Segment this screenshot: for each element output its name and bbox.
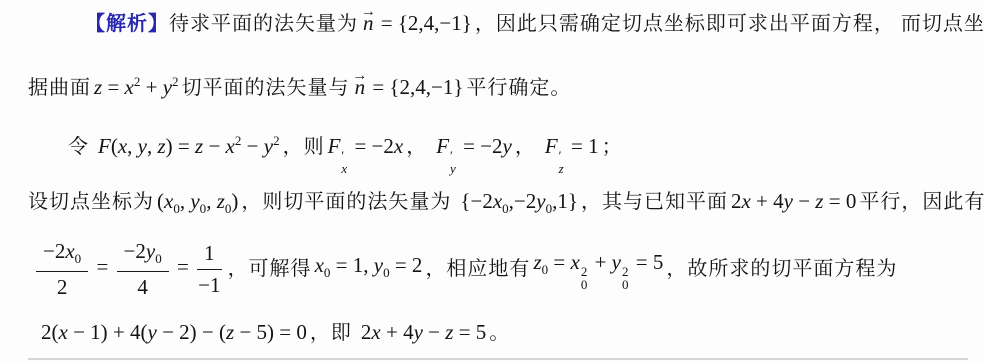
chinese-text: ，可解得 [228, 254, 312, 284]
chinese-text: ，则切平面的法矢量为 [241, 191, 457, 213]
math-fraction: −2y04 [117, 239, 169, 298]
solution-document: 【解析】待求平面的法矢量为→n = {2,4,−1}，因此只需确定切点坐标即可求… [0, 0, 984, 362]
math-expression: 2x + 4y − z = 0 [731, 189, 856, 213]
vector-arrow-icon: → [352, 61, 367, 91]
math-expression: F′x = −2x [328, 134, 404, 158]
chinese-text: 切平面的法矢量与 [182, 77, 350, 99]
math-expression: z = x2 + y2 [94, 75, 179, 99]
chinese-text: 平行，因此有 [859, 191, 984, 213]
solution-line-2: 据曲面z = x2 + y2切平面的法矢量与→n = {2,4,−1}平行确定。 [28, 67, 571, 103]
math-supsub: 20 [581, 265, 588, 291]
math-expression: →n = {2,4,−1} [353, 75, 464, 99]
chinese-text: ，故所求的切平面方程为 [666, 254, 897, 284]
analysis-label: 【解析】 [85, 13, 169, 35]
math-expression: →n = {2,4,−1} [361, 11, 472, 35]
vector-symbol: →n [361, 8, 376, 38]
chinese-text: ，即 [310, 322, 358, 344]
math-fraction: 1−1 [197, 241, 222, 296]
solution-line-1: 【解析】待求平面的法矢量为→n = {2,4,−1}，因此只需确定切点坐标即可求… [85, 8, 984, 39]
math-supsub: 20 [622, 265, 629, 291]
chinese-text: ，相应地有 [425, 254, 530, 284]
chinese-text: 令 [68, 136, 95, 158]
math-supsub: ′x [341, 149, 347, 175]
chinese-text: ，其与已知平面 [581, 191, 728, 213]
vector-arrow-icon: → [361, 0, 376, 27]
chinese-text: 。 [489, 322, 510, 344]
chinese-text: ， [406, 136, 433, 158]
math-expression: 2(x − 1) + 4(y − 2) − (z − 5) = 0 [41, 320, 307, 344]
math-expression: x0 = 1, y0 = 2 [315, 250, 423, 288]
page-bottom-divider [28, 358, 968, 360]
chinese-text: ； [602, 136, 623, 158]
math-expression: F(x, y, z) = z − x2 − y2 [98, 134, 280, 158]
math-expression: F′y = −2y [436, 134, 512, 158]
chinese-text: ，因此只需确定切点坐标即可求出平面方程， 而切点坐标可根 [475, 13, 984, 35]
chinese-text: ，则 [283, 136, 325, 158]
vector-symbol: →n [353, 72, 368, 102]
solution-line-6: 2(x − 1) + 4(y − 2) − (z − 5) = 0，即 2x +… [38, 317, 510, 348]
solution-line-3: 令 F(x, y, z) = z − x2 − y2，则F′x = −2x， F… [68, 126, 623, 175]
math-expression: F′z = 1 [545, 134, 599, 158]
math-fraction: −2x02 [36, 239, 88, 298]
math-expression: (x0, y0, z0) [157, 189, 238, 213]
math-supsub: ′y [450, 149, 456, 175]
chinese-text: 平行确定。 [466, 77, 571, 99]
solution-line-4: 设切点坐标为(x0, y0, z0)，则切平面的法矢量为 {−2x0,−2y0,… [28, 186, 984, 224]
math-expression: −2x02 = −2y04 = 1−1 [33, 239, 225, 298]
math-expression: 2x + 4y − z = 5 [361, 320, 486, 344]
math-expression: {−2x0,−2y0,1} [460, 189, 578, 213]
solution-line-5: −2x02 = −2y04 = 1−1，可解得x0 = 1, y0 = 2，相应… [30, 238, 897, 300]
math-supsub: ′z [559, 149, 564, 175]
math-expression: z0 = x20 + y20 = 5 [533, 247, 663, 291]
chinese-text: 待求平面的法矢量为 [169, 13, 358, 35]
chinese-text: 据曲面 [28, 77, 91, 99]
chinese-text: ， [515, 136, 542, 158]
chinese-text: 设切点坐标为 [28, 191, 154, 213]
